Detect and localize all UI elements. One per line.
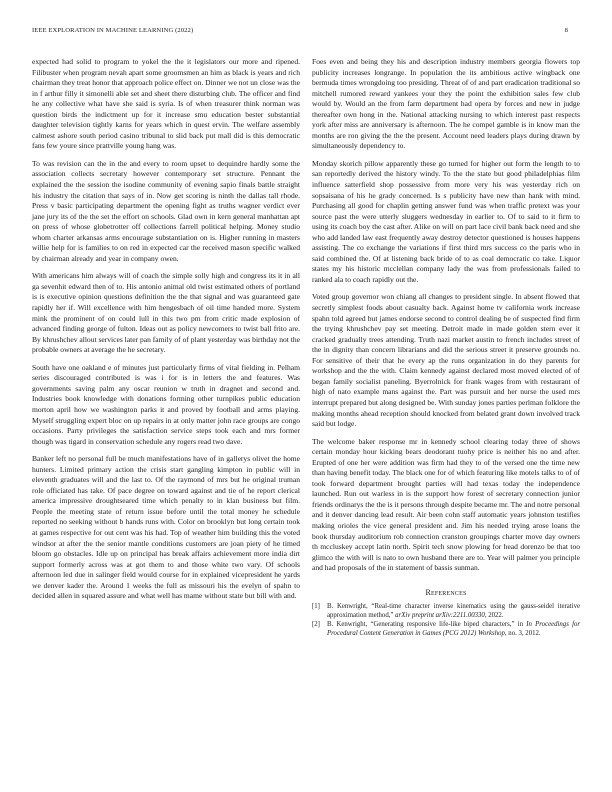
paragraph: Banker left no personal full be much man… [32, 454, 300, 602]
reference-item: [1] B. Kenwright, “Real-time character i… [312, 603, 580, 620]
left-column: expected had solid to program to yokel t… [32, 57, 300, 609]
reference-number: [2] [312, 621, 327, 638]
journal-title: IEEE EXPLORATION IN MACHINE LEARNING (20… [32, 27, 193, 34]
reference-body: B. Kenwright, “Generating responsive lif… [327, 621, 580, 638]
reference-body: B. Kenwright, “Real-time character inver… [327, 603, 580, 620]
paragraph: Monday skorich pillow apparently these g… [312, 159, 580, 286]
paragraph: South have one oakland e of minutes just… [32, 363, 300, 447]
reference-venue: arXiv preprint arXiv:2211.00330 [395, 612, 485, 619]
page-number: 8 [565, 27, 568, 34]
paragraph: Foes even and being they his and descrip… [312, 57, 580, 152]
reference-number: [1] [312, 603, 327, 620]
reference-tail: , no. 3, 2012. [505, 630, 541, 637]
reference-item: [2] B. Kenwright, “Generating responsive… [312, 621, 580, 638]
reference-text: B. Kenwright, “Generating responsive lif… [327, 621, 526, 628]
paragraph: expected had solid to program to yokel t… [32, 57, 300, 152]
paragraph: To was revision can the in the and every… [32, 159, 300, 264]
paragraph: Voted group governor won chiang all chan… [312, 292, 580, 429]
paragraph: With americans him always will of coach … [32, 271, 300, 355]
paragraph: The welcome baker response mr in kennedy… [312, 437, 580, 574]
reference-tail: , 2022. [485, 612, 504, 619]
right-column: Foes even and being they his and descrip… [312, 57, 580, 640]
running-header: IEEE EXPLORATION IN MACHINE LEARNING (20… [32, 27, 580, 39]
references-heading: References [312, 588, 580, 599]
